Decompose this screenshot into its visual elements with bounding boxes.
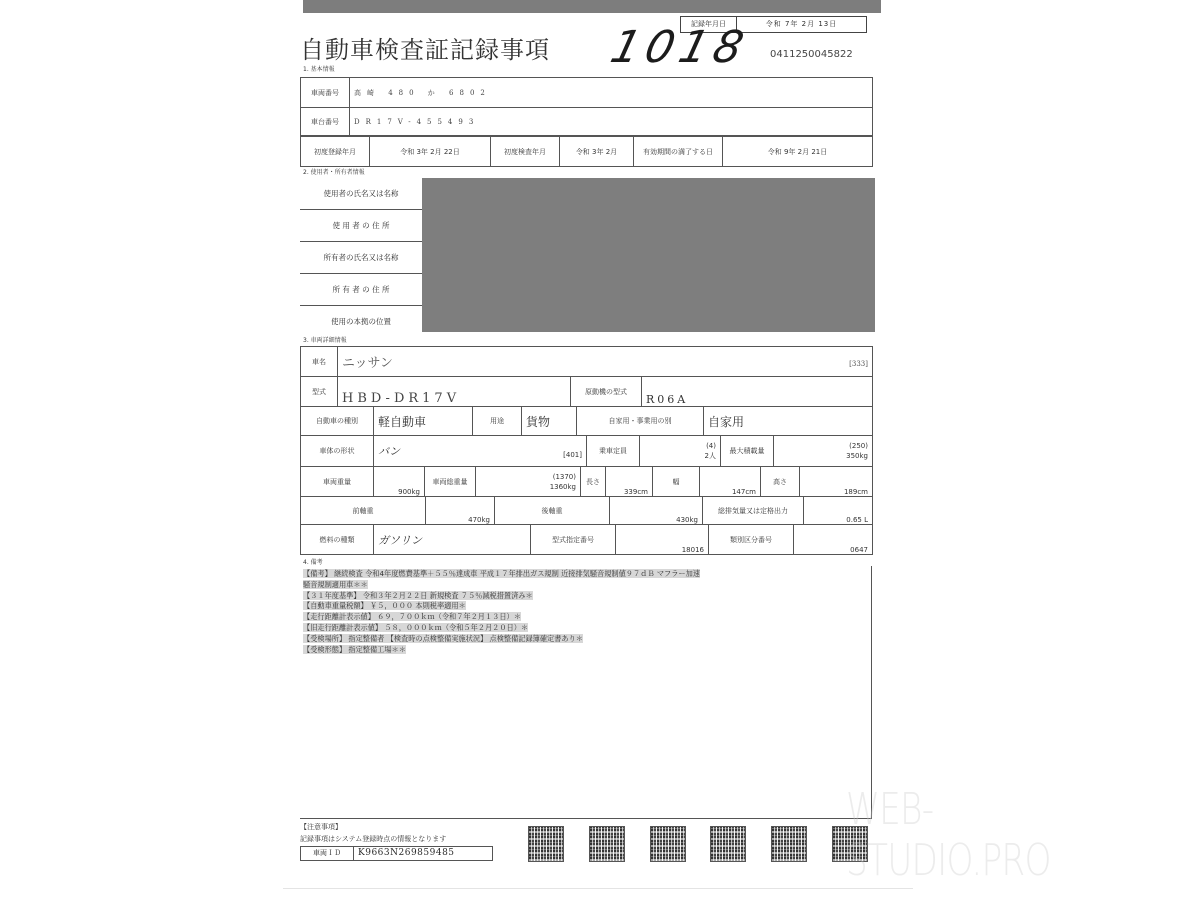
capacity: (4) 2人 xyxy=(640,436,721,467)
capacity-label: 乗車定員 xyxy=(587,436,640,467)
engine-model-label: 原動機の型式 xyxy=(571,377,642,407)
model-label: 型式 xyxy=(301,377,338,407)
vehicle-detail-table-2: 自動車の種別 軽自動車 用途 貨物 自家用・事業用の別 自家用 xyxy=(300,406,873,436)
remarks-line: 【自動車重量税額】 ￥５，０００ 本則税率適用＊ xyxy=(303,601,871,612)
body-shape-code: [401] xyxy=(563,451,582,459)
remarks-line: 【走行距離計表示値】 ６９，７００ｋｍ（令和７年２月１３日）＊ xyxy=(303,612,871,623)
qr-code-icon xyxy=(590,827,624,861)
watermark: WEB-STUDIO.PRO xyxy=(846,784,1122,886)
fuel-label: 燃料の種類 xyxy=(301,525,374,555)
qr-code-icon xyxy=(529,827,563,861)
notice-text: 記録事項はシステム登録時点の情報となります xyxy=(300,834,446,844)
body-shape: バン [401] xyxy=(374,436,587,467)
section3-heading: 3. 車両詳細情報 xyxy=(303,335,347,344)
base-location-label: 使用の本拠の位置 xyxy=(300,306,422,337)
owner-labels: 使用者の氏名又は名称 使 用 者 の 住 所 所有者の氏名又は名称 所 有 者 … xyxy=(300,178,422,337)
dates-table: 初度登録年月 令和 3年 2月 22日 初度検査年月 令和 3年 2月 有効期間… xyxy=(300,136,873,167)
body-shape-value: バン xyxy=(378,445,400,458)
section4-heading: 4. 備考 xyxy=(303,557,323,566)
redaction-bar-top xyxy=(303,0,881,13)
category-number: 0647 xyxy=(794,525,873,555)
expiry: 令和 9年 2月 21日 xyxy=(723,137,873,167)
body-shape-label: 車体の形状 xyxy=(301,436,374,467)
length-label: 長さ xyxy=(581,467,606,497)
registration-number: 高崎 480 か 6802 xyxy=(350,78,873,108)
width: 147cm xyxy=(700,467,761,497)
max-load-value: 350kg xyxy=(778,451,868,461)
gross-weight: (1370) 1360kg xyxy=(476,467,581,497)
make-label: 車名 xyxy=(301,347,338,377)
make: ニッサン [333] xyxy=(338,347,873,377)
section2-heading: 2. 使用者・所有者情報 xyxy=(303,167,365,176)
vehicle-id-label: 車両ＩＤ xyxy=(301,847,354,860)
remarks-line: 【３１年度基準】 令和３年２月２２日 新規検査 ７５％減税措置済み＊ xyxy=(303,591,871,602)
fuel: ガソリン xyxy=(374,525,531,555)
document-title: 自動車検査証記録事項 xyxy=(300,30,550,65)
remarks-line: 【受検場所】 指定整備者 【検査時の点検整備実施状況】 点検整備記録簿確定書あり… xyxy=(303,634,871,645)
vehicle-type: 軽自動車 xyxy=(374,407,473,436)
category-number-label: 類別区分番号 xyxy=(709,525,794,555)
remarks-lines: 【備考】 継続検査 令和4年度燃費基準＋５５％達成車 平成１７年排出ガス規制 近… xyxy=(300,566,871,655)
remarks-line: 【受検形態】 指定整備工場＊＊ xyxy=(303,645,871,656)
handwritten-note: 1018 xyxy=(606,22,755,73)
rear-axle-label: 後軸重 xyxy=(495,497,610,525)
vehicle-weight: 900kg xyxy=(374,467,425,497)
gross-weight-value: 1360kg xyxy=(480,482,576,492)
make-value: ニッサン xyxy=(342,356,393,371)
qr-code-icon xyxy=(651,827,685,861)
issue-date-value: 令和 7年 2月 13日 xyxy=(737,17,866,32)
user-name-label: 使用者の氏名又は名称 xyxy=(300,178,422,210)
use: 貨物 xyxy=(522,407,577,436)
type-designation-label: 型式指定番号 xyxy=(531,525,616,555)
first-registration: 令和 3年 2月 22日 xyxy=(370,137,491,167)
capacity-value: 2人 xyxy=(644,451,716,461)
remarks-line: 騒音規制適用車＊＊ xyxy=(303,580,871,591)
vehicle-id: K9663N269859485 xyxy=(354,847,492,860)
type-designation: 18016 xyxy=(616,525,709,555)
chassis-number-label: 車台番号 xyxy=(301,108,350,136)
max-load-label: 最大積載量 xyxy=(721,436,774,467)
chassis-number: DR17V-455493 xyxy=(350,108,873,136)
expiry-label: 有効期間の満了する日 xyxy=(634,137,723,167)
notice-heading: 【注意事項】 xyxy=(300,822,342,832)
vehicle-id-box: 車両ＩＤ K9663N269859485 xyxy=(300,846,493,861)
vehicle-detail-table-4: 車両重量 900kg 車両総重量 (1370) 1360kg 長さ 339cm … xyxy=(300,466,873,497)
gross-weight-label: 車両総重量 xyxy=(425,467,476,497)
height-label: 高さ xyxy=(761,467,800,497)
private-business: 自家用 xyxy=(704,407,873,436)
model: HBD-DR17V xyxy=(338,377,571,407)
user-address-label: 使 用 者 の 住 所 xyxy=(300,210,422,242)
max-load: (250) 350kg xyxy=(774,436,873,467)
vehicle-detail-table-1: 車名 ニッサン [333] 型式 HBD-DR17V 原動機の型式 R06A xyxy=(300,346,873,407)
engine-model: R06A xyxy=(642,377,873,407)
make-code: [333] xyxy=(849,360,868,368)
vehicle-weight-label: 車両重量 xyxy=(301,467,374,497)
length: 339cm xyxy=(606,467,653,497)
first-registration-label: 初度登録年月 xyxy=(301,137,370,167)
max-load-alt: (250) xyxy=(778,441,868,451)
width-label: 幅 xyxy=(653,467,700,497)
vehicle-type-label: 自動車の種別 xyxy=(301,407,374,436)
capacity-alt: (4) xyxy=(644,441,716,451)
private-business-label: 自家用・事業用の別 xyxy=(577,407,704,436)
qr-code-icon xyxy=(711,827,745,861)
qr-code-icon xyxy=(772,827,806,861)
displacement-label: 総排気量又は定格出力 xyxy=(703,497,804,525)
remarks-line: 【旧走行距離計表示値】 ５８，０００ｋｍ（令和５年２月２０日）＊ xyxy=(303,623,871,634)
front-axle-label: 前軸重 xyxy=(301,497,426,525)
remarks-box: 【備考】 継続検査 令和4年度燃費基準＋５５％達成車 平成１７年排出ガス規制 近… xyxy=(300,566,872,819)
use-label: 用途 xyxy=(473,407,522,436)
vehicle-detail-table-6: 燃料の種類 ガソリン 型式指定番号 18016 類別区分番号 0647 xyxy=(300,524,873,555)
vehicle-detail-table-3: 車体の形状 バン [401] 乗車定員 (4) 2人 最大積載量 (250) 3… xyxy=(300,435,873,467)
first-inspection: 令和 3年 2月 xyxy=(560,137,634,167)
remarks-line: 【備考】 継続検査 令和4年度燃費基準＋５５％達成車 平成１７年排出ガス規制 近… xyxy=(303,569,871,580)
basic-info-table: 車両番号 高崎 480 か 6802 車台番号 DR17V-455493 xyxy=(300,77,873,136)
redacted-owner-info xyxy=(422,178,875,332)
first-inspection-label: 初度検査年月 xyxy=(491,137,560,167)
document-number: 0411250045822 xyxy=(770,49,853,60)
height: 189cm xyxy=(800,467,873,497)
gross-weight-alt: (1370) xyxy=(480,472,576,482)
rear-axle: 430kg xyxy=(610,497,703,525)
section1-heading: 1. 基本情報 xyxy=(303,64,335,73)
vehicle-detail-table-5: 前軸重 470kg 後軸重 430kg 総排気量又は定格出力 0.65 L xyxy=(300,496,873,525)
owner-name-label: 所有者の氏名又は名称 xyxy=(300,242,422,274)
registration-number-label: 車両番号 xyxy=(301,78,350,108)
owner-address-label: 所 有 者 の 住 所 xyxy=(300,274,422,306)
displacement: 0.65 L xyxy=(804,497,873,525)
front-axle: 470kg xyxy=(426,497,495,525)
